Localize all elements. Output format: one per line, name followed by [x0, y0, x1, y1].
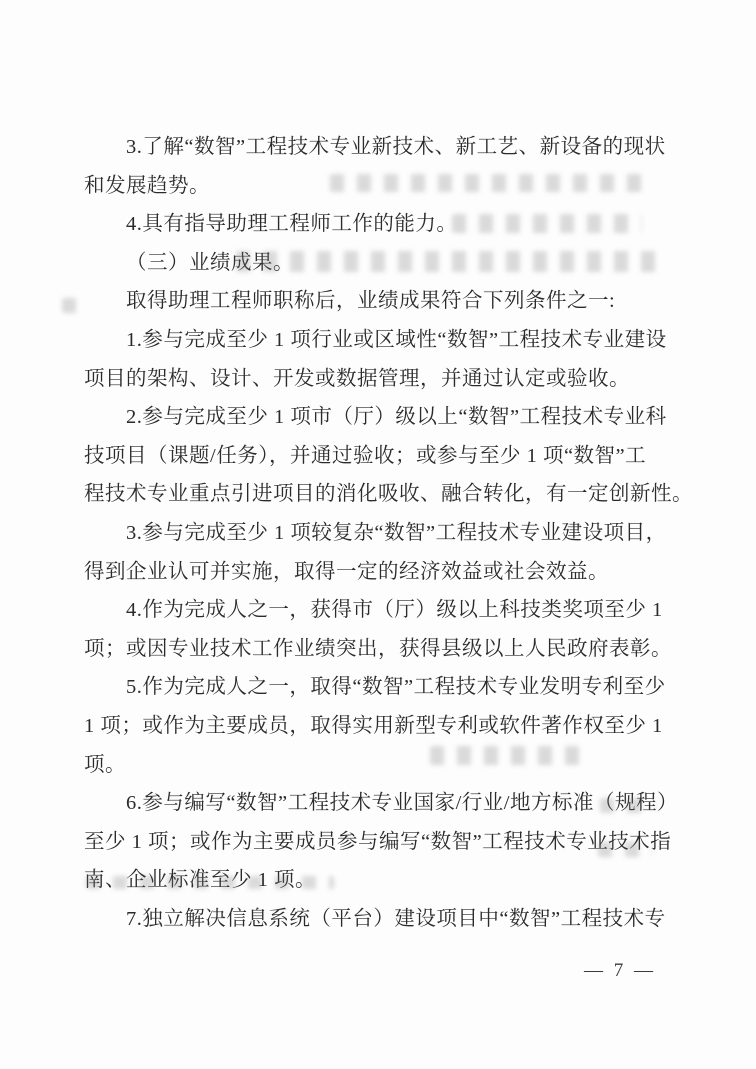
text-line: 项。 [84, 746, 684, 785]
page-number: — 7 — [584, 960, 674, 982]
text-line: 得到企业认可并实施，取得一定的经济效益或社会效益。 [84, 553, 684, 592]
text-line: 3.参与完成至少 1 项较复杂“数智”工程技术专业建设项目， [84, 514, 684, 553]
text-line: 取得助理工程师职称后，业绩成果符合下列条件之一: [84, 282, 684, 321]
text-line: 程技术专业重点引进项目的消化吸收、融合转化，有一定创新性。 [84, 475, 684, 514]
text-line: 4.作为完成人之一，获得市（厅）级以上科技类奖项至少 1 [84, 591, 684, 630]
text-line: 2.参与完成至少 1 项市（厅）级以上“数智”工程技术专业科 [84, 398, 684, 437]
text-line: 至少 1 项；或作为主要成员参与编写“数智”工程技术专业技术指 [84, 823, 684, 862]
text-line: 1 项；或作为主要成员，取得实用新型专利或软件著作权至少 1 [84, 707, 684, 746]
text-line: 技项目（课题/任务），并通过验收；或参与至少 1 项“数智”工 [84, 437, 684, 476]
section-heading: （三）业绩成果。 [84, 244, 684, 283]
text-line: 和发展趋势。 [84, 167, 684, 206]
text-line: 5.作为完成人之一，取得“数智”工程技术专业发明专利至少 [84, 668, 684, 707]
document-body: 3.了解“数智”工程技术专业新技术、新工艺、新设备的现状 和发展趋势。 4.具有… [84, 128, 684, 938]
text-line: 项目的架构、设计、开发或数据管理，并通过认定或验收。 [84, 360, 684, 399]
text-line: 6.参与编写“数智”工程技术专业国家/行业/地方标准（规程） [84, 784, 684, 823]
text-line: 3.了解“数智”工程技术专业新技术、新工艺、新设备的现状 [84, 128, 684, 167]
scanned-document-page: 3.了解“数智”工程技术专业新技术、新工艺、新设备的现状 和发展趋势。 4.具有… [0, 0, 756, 1069]
text-line: 南、企业标准至少 1 项。 [84, 861, 684, 900]
text-line: 项；或因专业技术工作业绩突出，获得县级以上人民政府表彰。 [84, 630, 684, 669]
bleedthrough-artifact [62, 298, 82, 313]
text-line: 7.独立解决信息系统（平台）建设项目中“数智”工程技术专 [84, 900, 684, 939]
text-line: 1.参与完成至少 1 项行业或区域性“数智”工程技术专业建设 [84, 321, 684, 360]
text-line: 4.具有指导助理工程师工作的能力。 [84, 205, 684, 244]
